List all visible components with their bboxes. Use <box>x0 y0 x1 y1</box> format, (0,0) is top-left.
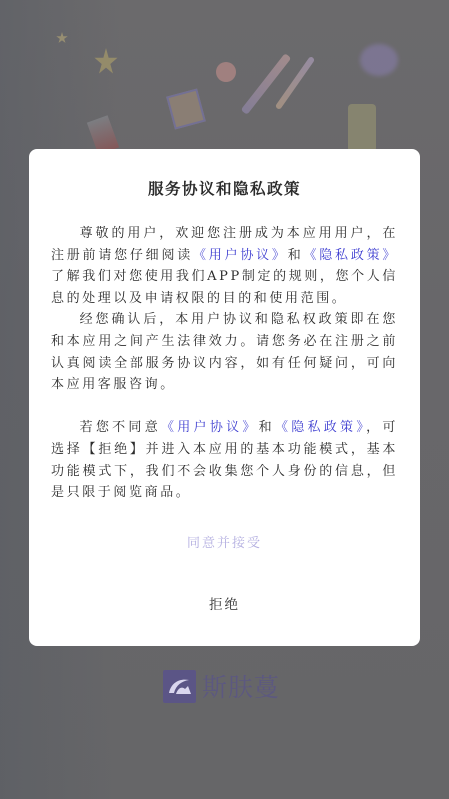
intro-paragraph: 尊敬的用户，欢迎您注册成为本应用用户，在注册前请您仔细阅读《用户协议》和《隐私政… <box>51 223 398 309</box>
dialog-title: 服务协议和隐私政策 <box>51 177 398 199</box>
accept-button[interactable]: 同意并接受 <box>51 532 398 551</box>
privacy-agreement-dialog: 服务协议和隐私政策 尊敬的用户，欢迎您注册成为本应用用户，在注册前请您仔细阅读《… <box>29 149 420 646</box>
privacy-policy-link[interactable]: 《隐私政策》 <box>275 420 366 435</box>
confirmation-paragraph: 经您确认后，本用户协议和隐私权政策即在您和本应用之间产生法律效力。请您务必在注册… <box>51 309 398 395</box>
ball-decoration-icon <box>216 62 236 82</box>
star-decoration-icon <box>56 32 68 44</box>
splash-screen: 服务协议和隐私政策 尊敬的用户，欢迎您注册成为本应用用户，在注册前请您仔细阅读《… <box>0 0 449 799</box>
powder-puff-decoration-icon <box>360 44 398 76</box>
reject-button[interactable]: 拒绝 <box>51 593 398 613</box>
user-agreement-link[interactable]: 《用户协议》 <box>161 420 259 435</box>
intro-text-end: 了解我们对您使用我们APP制定的规则，您个人信息的处理以及申请权限的目的和使用范… <box>51 269 398 306</box>
decline-text: 若您不同意 <box>80 420 161 435</box>
conjunction-text: 和 <box>288 248 304 263</box>
conjunction-text: 和 <box>259 420 275 435</box>
star-decoration-icon <box>94 48 118 76</box>
serum-bottle-decoration-icon <box>348 104 376 150</box>
gift-box-decoration-icon <box>166 88 206 129</box>
brand-logo-icon <box>163 670 196 703</box>
user-agreement-link[interactable]: 《用户协议》 <box>193 248 288 263</box>
makeup-brush-decoration-icon <box>241 53 292 115</box>
decline-paragraph: 若您不同意《用户协议》和《隐私政策》，可选择【拒绝】并进入本应用的基本功能模式，… <box>51 417 398 503</box>
dialog-body: 尊敬的用户，欢迎您注册成为本应用用户，在注册前请您仔细阅读《用户协议》和《隐私政… <box>51 223 398 504</box>
privacy-policy-link[interactable]: 《隐私政策》 <box>303 248 398 263</box>
brand-name: 斯肤蔓 <box>202 668 280 704</box>
brand-logo: 斯肤蔓 <box>163 668 280 704</box>
